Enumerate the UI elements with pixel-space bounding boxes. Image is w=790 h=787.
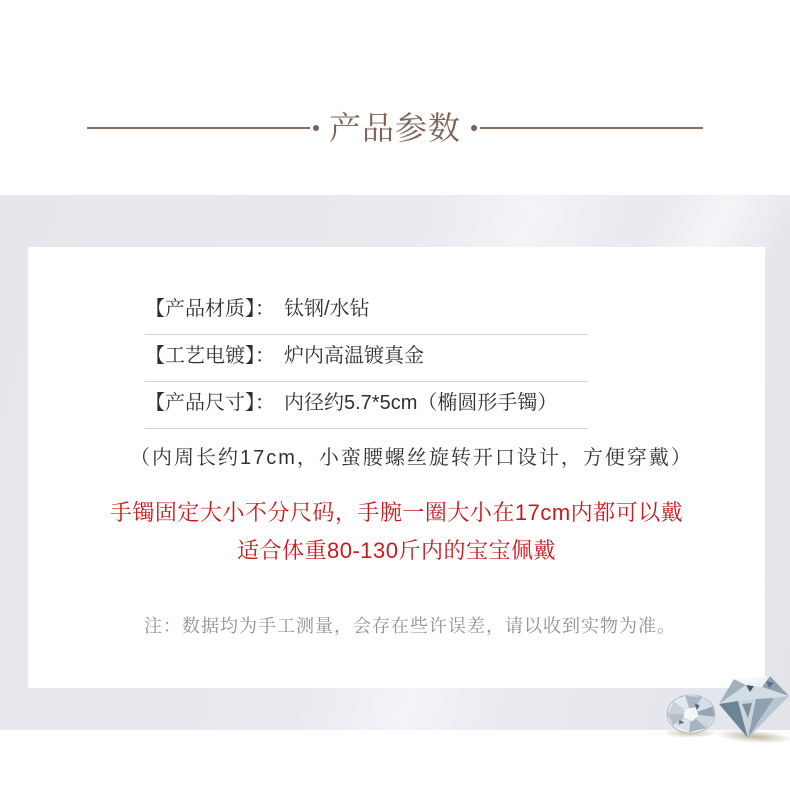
title-dot-left-icon [313,125,319,131]
title-divider-left [87,127,310,129]
spec-row-plating: 【工艺电镀】：炉内高温镀真金 [145,343,588,382]
highlight-line-1: 手镯固定大小不分尺码，手腕一圈大小在17cm内都可以戴 [28,498,765,528]
highlight-line-2: 适合体重80-130斤内的宝宝佩戴 [28,536,765,566]
spec-card: 【产品材质】：钛钢/水钻 【工艺电镀】：炉内高温镀真金 【产品尺寸】：内径约5.… [28,247,765,688]
title-dot-right-icon [471,125,477,131]
section-title: 产品参数 [329,111,461,145]
section-header: 产品参数 [0,111,790,145]
spec-value-plating: 炉内高温镀真金 [284,345,424,367]
spec-label-size: 【产品尺寸】： [145,392,275,414]
spec-value-material: 钛钢/水钻 [284,298,370,320]
gems-decor [656,668,790,760]
size-detail-note: （内周长约17cm，小蛮腰螺丝旋转开口设计，方便穿戴） [130,444,693,472]
diamond-gem-large-icon [718,674,790,740]
spec-label-material: 【产品材质】： [145,298,275,320]
spec-row-material: 【产品材质】：钛钢/水钻 [145,296,588,335]
title-divider-right [480,127,703,129]
disclaimer-note: 注：数据均为手工测量，会存在些许误差，请以收到实物为准。 [144,614,676,638]
spec-value-size: 内径约5.7*5cm（椭圆形手镯） [284,392,557,414]
page: 产品参数 【产品材质】：钛钢/水钻 【工艺电镀】：炉内高温镀真金 【产品尺寸】：… [0,0,790,787]
spec-row-size: 【产品尺寸】：内径约5.7*5cm（椭圆形手镯） [145,390,588,429]
diamond-gem-small-icon [666,694,716,734]
spec-label-plating: 【工艺电镀】： [145,345,275,367]
